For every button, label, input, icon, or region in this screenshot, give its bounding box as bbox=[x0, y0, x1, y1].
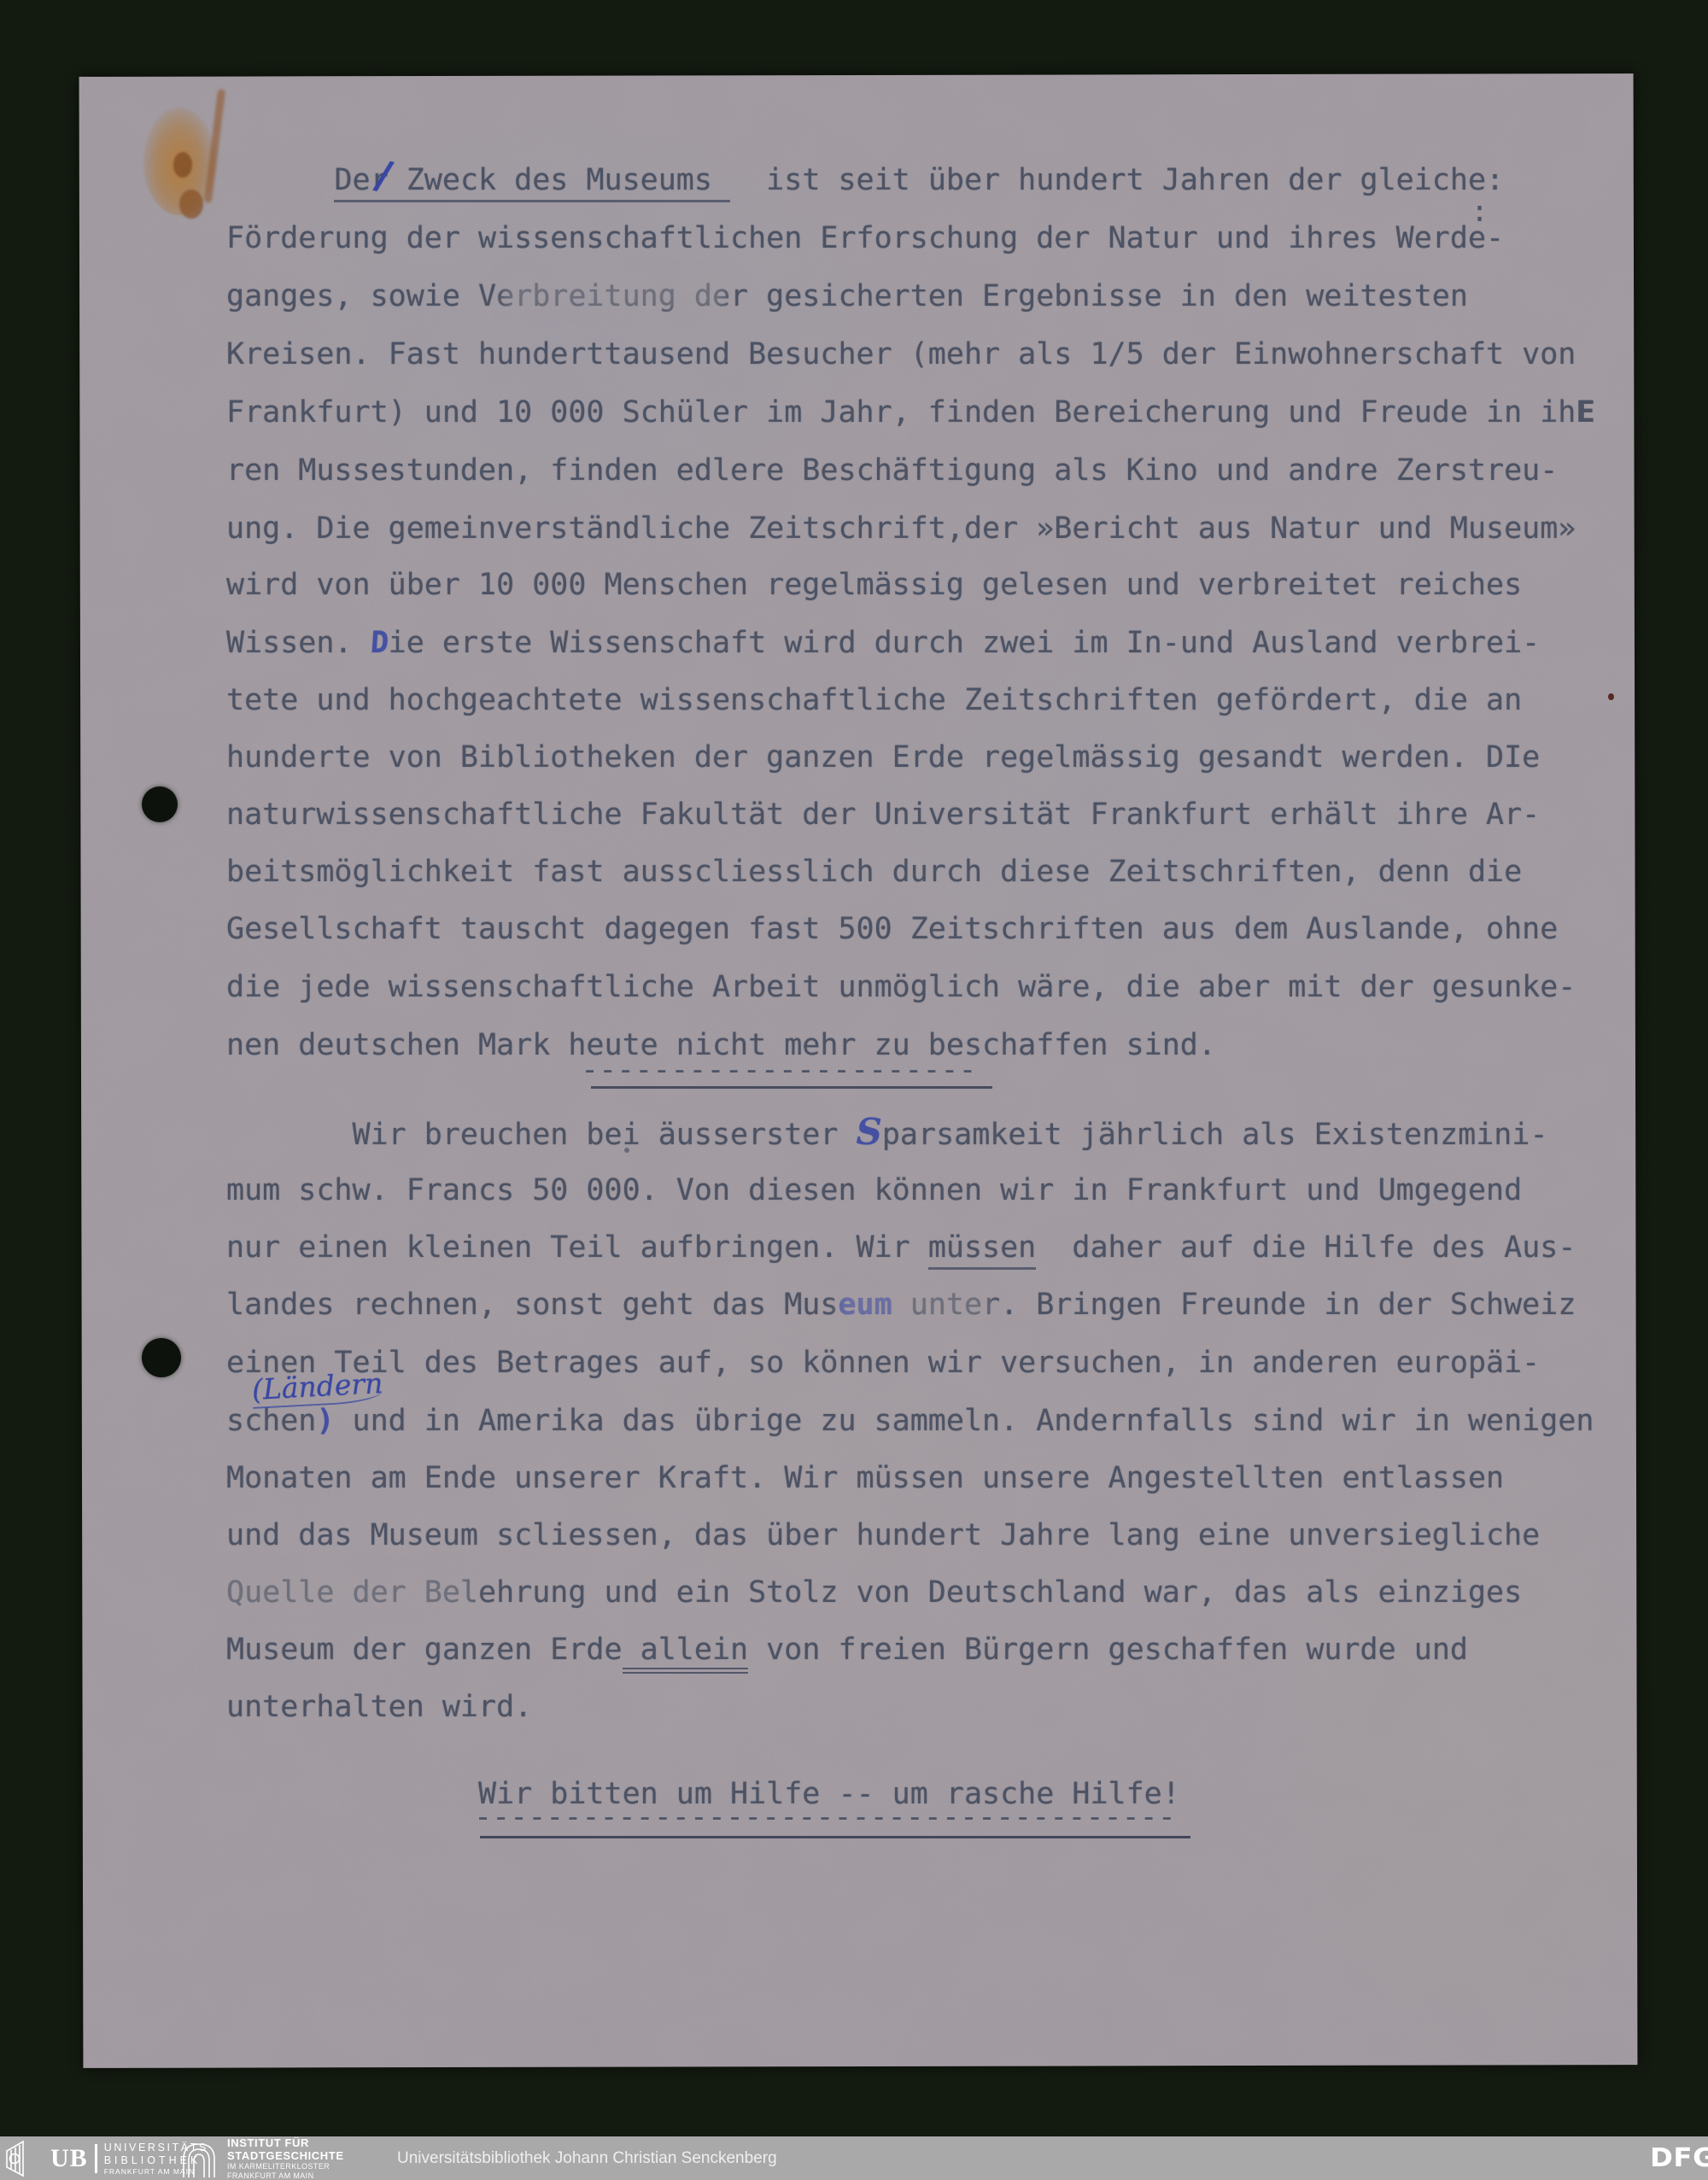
institut-line3: IM KARMELITERKLOSTER bbox=[227, 2163, 344, 2171]
institut-line4: FRANKFURT AM MAIN bbox=[227, 2172, 344, 2180]
library-name: Universitätsbibliothek Johann Christian … bbox=[397, 2149, 777, 2168]
paragraph-separator-dashes: ---------------------- bbox=[581, 1053, 977, 1087]
dfg-logo: DFG bbox=[1650, 2143, 1708, 2173]
punch-hole-bottom bbox=[142, 1338, 181, 1377]
stray-colon-mark: : bbox=[1471, 195, 1489, 229]
scanned-document-page: Der Zweck des Museums ist seit über hund… bbox=[0, 0, 1708, 2180]
ub-library-icon bbox=[4, 2140, 44, 2177]
paper-stain-core bbox=[179, 190, 203, 219]
stray-dot bbox=[624, 1148, 629, 1153]
closing-separator-rule bbox=[480, 1836, 1190, 1838]
institut-line2: STADTGESCHICHTE bbox=[227, 2150, 344, 2161]
punch-hole-top bbox=[142, 786, 178, 822]
institut-logo: INSTITUT FÜR STADTGESCHICHTE IM KARMELIT… bbox=[179, 2139, 344, 2178]
paragraph-separator-rule bbox=[591, 1086, 992, 1089]
institut-logo-text: INSTITUT FÜR STADTGESCHICHTE IM KARMELIT… bbox=[227, 2136, 344, 2180]
institut-line1: INSTITUT FÜR bbox=[227, 2137, 344, 2148]
closing-separator-dashes: --------------------------------------- bbox=[474, 1800, 1176, 1834]
ink-dot bbox=[1608, 693, 1614, 700]
footer-bar: UB UNIVERSITÄTS BIBLIOTHEK FRANKFURT AM … bbox=[0, 2136, 1708, 2180]
logo-divider bbox=[95, 2144, 97, 2173]
karmeliterkloster-arches-icon bbox=[179, 2140, 220, 2177]
paper-stain-core bbox=[173, 152, 192, 178]
ub-abbrev: UB bbox=[50, 2144, 88, 2173]
ub-logo: UB UNIVERSITÄTS BIBLIOTHEK FRANKFURT AM … bbox=[4, 2139, 208, 2178]
